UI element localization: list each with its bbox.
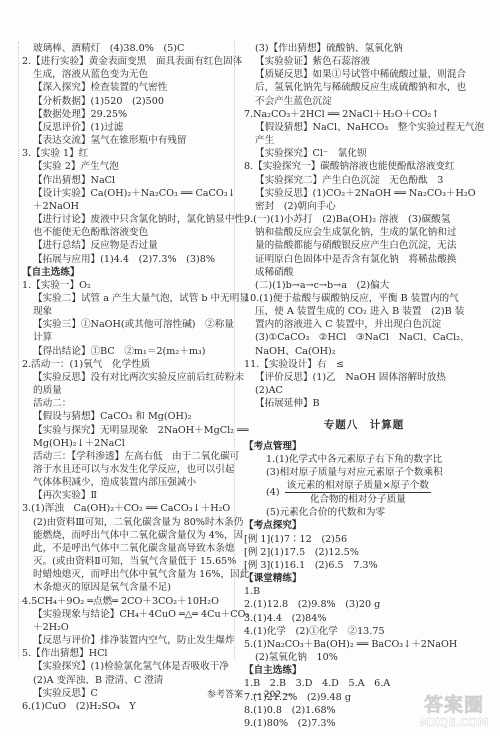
watermark-url: MXQE.COM — [412, 716, 496, 730]
answer-line: 【反思与评价】排净装置内空气，防止发生爆炸 — [22, 634, 234, 647]
fraction: 该元素的相对原子质量×原子个数 化合物的相对分子质量 — [285, 479, 431, 506]
answer-line: 量的盐酸都能与硝酸银反应产生白色沉淀，无法 — [244, 239, 484, 252]
right-column: (3)【作出猜想】硫酸钠、氢氧化钠【实验验证】紫色石蕊溶液【质疑反思】如果①号试… — [244, 42, 484, 730]
answer-line: 3.(1)4.4 (2)84% — [244, 612, 484, 625]
answer-line: 【实验探究】(1)检验氯化氢气体是否吸收干净 — [22, 660, 234, 673]
fraction-line: (4) 该元素的相对原子质量×原子个数 化合物的相对分子质量 — [244, 479, 484, 506]
answer-line: 计算 — [22, 331, 234, 344]
answer-line: 【实验反思】(1)CO₂＋2NaOH ══ Na₂CO₃＋H₂O — [244, 187, 484, 200]
answer-line: 【实验验证】紫色石蕊溶液 — [244, 55, 484, 68]
answer-line: 2.【进行实验】黄金表面变黑 面具表面有红色固体 — [22, 55, 234, 68]
answer-line: (2)由资料Ⅲ可知，二氧化碳含量为 80%时木条仍 — [22, 516, 234, 529]
section-heading: 【课堂精练】 — [244, 572, 484, 585]
fraction-denominator: 化合物的相对分子质量 — [285, 493, 431, 506]
answer-line: 【分析数据】(1)520 (2)500 — [22, 95, 234, 108]
answer-line: 【实验与探究】无明显现象 2NaOH＋MgCl₂ ══ — [22, 424, 234, 437]
answer-line: Mg(OH)₂↓＋2NaCl — [22, 437, 234, 450]
answer-line: 【实验现象与结论】CH₄＋4CuO ═△═ 4Cu＋CO₂ — [22, 608, 234, 621]
answer-line: 置内的溶液进入 C 装置中，并出现白色沉淀 — [244, 318, 484, 331]
answer-line: 9.(一)(1)小苏打 (2)Ba(OH)₂ 溶液 (3)碳酸氢 — [244, 213, 484, 226]
answer-line: 【拓展延伸】B — [244, 397, 484, 410]
answer-line: 3.(1)浑浊 Ca(OH)₂＋CO₂ ══ CaCO₃↓＋H₂O — [22, 502, 234, 515]
answer-line: 【实验反思】没有对比两次实验反应前后红砖粉末 — [22, 371, 234, 384]
answer-line: 证明原白色固体中是否含有氯化钠 将稀盐酸换 — [244, 253, 484, 266]
answer-line: 7.Na₂CO₃＋2HCl ══ 2NaCl＋H₂O＋CO₂↑ — [244, 108, 484, 121]
answer-line: 5.(1)Na₂CO₃＋Ba(OH)₂ ══ BaCO₃↓＋2NaOH — [244, 638, 484, 651]
answer-line: 此，不是呼出气体中二氧化碳含量高导致木条熄 — [22, 542, 234, 555]
answer-line: 【作出猜想】NaCl — [22, 174, 234, 187]
section-heading: 【自主选练】 — [244, 664, 484, 677]
answer-line: 【进行总结】反应物是否过量 — [22, 239, 234, 252]
answer-line: 后，氢氧化钠先与稀硫酸反应生成硫酸钠和水，也 — [244, 81, 484, 94]
answer-line: 【实验三】①NaOH(或其他可溶性碱) ②称量 — [22, 318, 234, 331]
answer-line: 【进行讨论】废液中只含氯化钠时，氯化钠显中性， — [22, 213, 234, 226]
answer-line: 产生 — [244, 134, 484, 147]
answer-line: ＋2NaOH — [22, 200, 234, 213]
answer-line: 10.(1)便于盐酸与碳酸钠反应，平衡 B 装置内的气 — [244, 292, 484, 305]
answer-line: (5)元素化合价的代数和为零 — [244, 506, 484, 519]
answer-line: 4.(1)化学 (2)①化学 ②13.75 — [244, 625, 484, 638]
answer-line: 【假设与猜想】CaCO₃ 和 Mg(OH)₂ — [22, 410, 234, 423]
answer-line: (二)(1)b→a→c→b→a (2)偏大 — [244, 279, 484, 292]
answer-line: 1.【实验一】O₂ — [22, 279, 234, 292]
section-heading: 【考点管理】 — [244, 440, 484, 453]
answer-line: 【评价反思】(1)乙 NaOH 固体溶解时放热 — [244, 371, 484, 384]
topic-title: 专题八 计算题 — [244, 419, 484, 432]
answer-line: 1.B — [244, 585, 484, 598]
fraction-numerator: 该元素的相对原子质量×原子个数 — [285, 479, 431, 493]
answer-line: 生成，溶液从蓝色变为无色 — [22, 68, 234, 81]
answer-line: 2.(1)12.8 (2)9.8% (3)20 g — [244, 598, 484, 611]
answer-line: 【深入探究】检查装置的气密性 — [22, 81, 234, 94]
answer-line: ＋2H₂O — [22, 621, 234, 634]
answer-line: 成稀硝酸 — [244, 266, 484, 279]
answer-line: (2)A 变浑浊、B 澄清、C 澄清 — [22, 674, 234, 687]
key-points-section: 【考点管理】1.(1)化学式中各元素原子右下角的数字比(3)相对原子质量与对应元… — [244, 440, 484, 479]
answer-line: 11.【实验设计】右 ≤ — [244, 358, 484, 371]
answer-line: 玻璃棒、酒精灯 (4)38.0% (5)C — [22, 42, 234, 55]
answer-line: 也不能使无色酚酞溶液变色 — [22, 226, 234, 239]
answer-line: 时蜡烛熄灭，而呼出气体中氧气含量为 16%，因此 — [22, 568, 234, 581]
answer-line: 【实验二】试管 a 产生大量气泡，试管 b 中无明显 — [22, 292, 234, 305]
fraction-prefix: (4) — [266, 487, 280, 498]
answer-line: (2)氢氧化钠 10% — [244, 651, 484, 664]
answer-line: 密封 (2)朝向手心 — [244, 200, 484, 213]
answer-line: 【表达交流】氢气在锥形瓶中有残留 — [22, 134, 234, 147]
answer-line: (3)【作出猜想】硫酸钠、氢氧化钠 — [244, 42, 484, 55]
answer-line: 木条熄灭的原因是氧气含量不足) — [22, 581, 234, 594]
answer-line: 活动三：【学科渗透】左高右低 由于二氧化碳可 — [22, 450, 234, 463]
answer-line: 钠和盐酸反应会生成氯化钠，生成的氯化钠和过 — [244, 226, 484, 239]
answer-line: 溶于水且还可以与水发生化学反应，也可以引起 — [22, 463, 234, 476]
answer-line: 【再次实验】Ⅱ — [22, 489, 234, 502]
answer-line: (3)相对原子质量与对应元素原子个数乘积 — [244, 466, 484, 479]
answer-line: 压，使 A 装置生成的 CO₂ 进入 B 装置 (2)B 装 — [244, 305, 484, 318]
answer-line: 【设计实验】Ca(OH)₂＋Na₂CO₃ ══ CaCO₃↓ — [22, 187, 234, 200]
answer-line: 3.【实验 1】红 — [22, 147, 234, 160]
answer-line: [例 1](1)7∶12 (2)56 — [244, 533, 484, 546]
answer-line: [例 3](1)16.1 (2)6.5 7.3% — [244, 559, 484, 572]
answer-line: (3)①CaCO₃ ②HCl ③NaCl NaCl、CaCl₂、 — [244, 331, 484, 344]
watermark-text: 答案圈 — [412, 694, 496, 716]
answer-line: 【得出结论】①BC ②m₁＝2(m₂＋m₃) — [22, 345, 234, 358]
answer-line: 灭。(或由资料Ⅱ可知，当氧气含量低于 15.65% — [22, 555, 234, 568]
left-column: 玻璃棒、酒精灯 (4)38.0% (5)C2.【进行实验】黄金表面变黑 面具表面… — [18, 42, 234, 658]
answer-line: 的质量 — [22, 384, 234, 397]
answer-line: 能燃烧，而呼出气体中二氧化碳含量仅为 4%，因 — [22, 529, 234, 542]
column-divider — [234, 40, 235, 660]
answer-line: (2)AC — [244, 384, 484, 397]
answer-line: 【反思评价】(1)过滤 — [22, 121, 234, 134]
answer-line: 2.活动一：(1)氧气 化学性质 — [22, 358, 234, 371]
answer-line: 【拓展与应用】(1)4.4 (2)7.3% (3)8% — [22, 253, 234, 266]
answer-line: NaOH、Ca(OH)₂ — [244, 345, 484, 358]
answer-line: 6.(1)CuO (2)H₂SO₄ Y — [22, 700, 234, 713]
watermark-logo: 答案圈 MXQE.COM — [412, 694, 496, 734]
answer-line: 1.(1)化学式中各元素原子右下角的数字比 — [244, 453, 484, 466]
answer-line: 【假设猜想】NaCl、NaHCO₃ 整个实验过程无气泡 — [244, 121, 484, 134]
answer-line: 【实验探究二】产生白色沉淀 无色酚酞 3 — [244, 174, 484, 187]
answer-line: 活动二： — [22, 397, 234, 410]
section-heading: 【自主选练】 — [22, 266, 234, 279]
answer-line: 8.【实验探究一】碳酸钠溶液也能使酚酞溶液变红 — [244, 160, 484, 173]
section-heading: 【考点探究】 — [244, 519, 484, 532]
answer-line: [例 2](1)17.5 (2)12.5% — [244, 546, 484, 559]
answer-line: 气体体积减少，造成装置内部压强减小 — [22, 476, 234, 489]
answer-line: 【数据处理】29.25% — [22, 108, 234, 121]
answer-line: 【质疑反思】如果①号试管中稀硫酸过量，则混合 — [244, 68, 484, 81]
answer-line: 不会产生蓝色沉淀 — [244, 95, 484, 108]
answer-line: 现象 — [22, 305, 234, 318]
right-column-answers: (3)【作出猜想】硫酸钠、氢氧化钠【实验验证】紫色石蕊溶液【质疑反思】如果①号试… — [244, 42, 484, 410]
answer-line: 【实验 2】产生气泡 — [22, 160, 234, 173]
answer-line: 4.5CH₄＋9O₂ ═点燃═ 2CO＋3CO₂＋10H₂O — [22, 595, 234, 608]
answer-line: 5.【作出猜想】HCl — [22, 647, 234, 660]
answer-line: 【实验探究】Cl⁻ 氯化钡 — [244, 147, 484, 160]
